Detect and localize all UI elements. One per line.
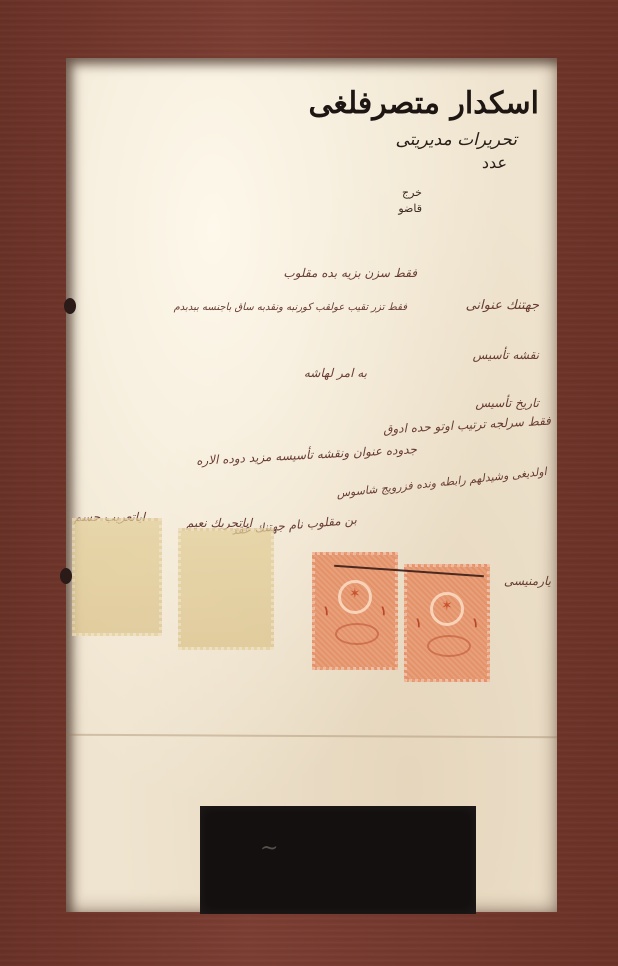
stamp-value: ١ <box>472 616 479 631</box>
letterhead-subtitle: تحريرات مديريتى <box>396 130 518 150</box>
crest-icon <box>335 623 379 645</box>
note-line-2: قاضو <box>398 202 422 215</box>
frame-hole <box>60 568 72 584</box>
stamp-value: ١ <box>380 604 387 619</box>
crest-icon <box>427 635 471 657</box>
handwriting-line: تاريخ تأسيس <box>475 396 539 410</box>
faded-stamp <box>178 528 274 650</box>
handwriting-line: يارمنيسى <box>504 574 551 588</box>
document-paper: اسكدار متصرفلغى تحريرات مديريتى عدد خرج … <box>66 58 557 912</box>
handwriting-line: فقط سرلجه ترتيب اوتو حده ادوق <box>383 414 551 437</box>
handwriting-line: جدوده عنوان ونقشه تأسيسه مزيد دوده الاره <box>196 442 417 468</box>
handwriting-line: فقط تزر تقيب عولقب كورنبه ونقدبه ساق باج… <box>174 302 407 313</box>
handwriting-line: جهتنك عنوانى <box>466 298 539 313</box>
handwriting-line: اولديغى وشيدلهم رابطه ونده فزرويج شاسوس <box>336 465 547 500</box>
star-icon: ✶ <box>349 586 361 602</box>
plaque-engraving: ~ <box>260 836 278 861</box>
note-line-1: خرج <box>402 186 422 199</box>
handwriting-line: نقشه تأسيس <box>473 348 539 362</box>
fold-line <box>66 734 557 739</box>
handwriting-line: فقط سزن بزيه بده مقلوب <box>283 266 417 280</box>
stamp-value: ١ <box>323 604 330 619</box>
stamp-value: ١ <box>415 616 422 631</box>
letterhead-title: اسكدار متصرفلغى <box>309 86 540 121</box>
black-plaque: ~ <box>200 806 476 914</box>
frame-hole <box>64 298 76 314</box>
handwriting-line: به امر لهاشه <box>304 366 367 380</box>
revenue-stamp: ✶ ١ ١ <box>404 564 490 682</box>
star-icon: ✶ <box>441 598 453 614</box>
faded-stamp <box>72 518 162 636</box>
letterhead-number-label: عدد <box>482 153 507 172</box>
